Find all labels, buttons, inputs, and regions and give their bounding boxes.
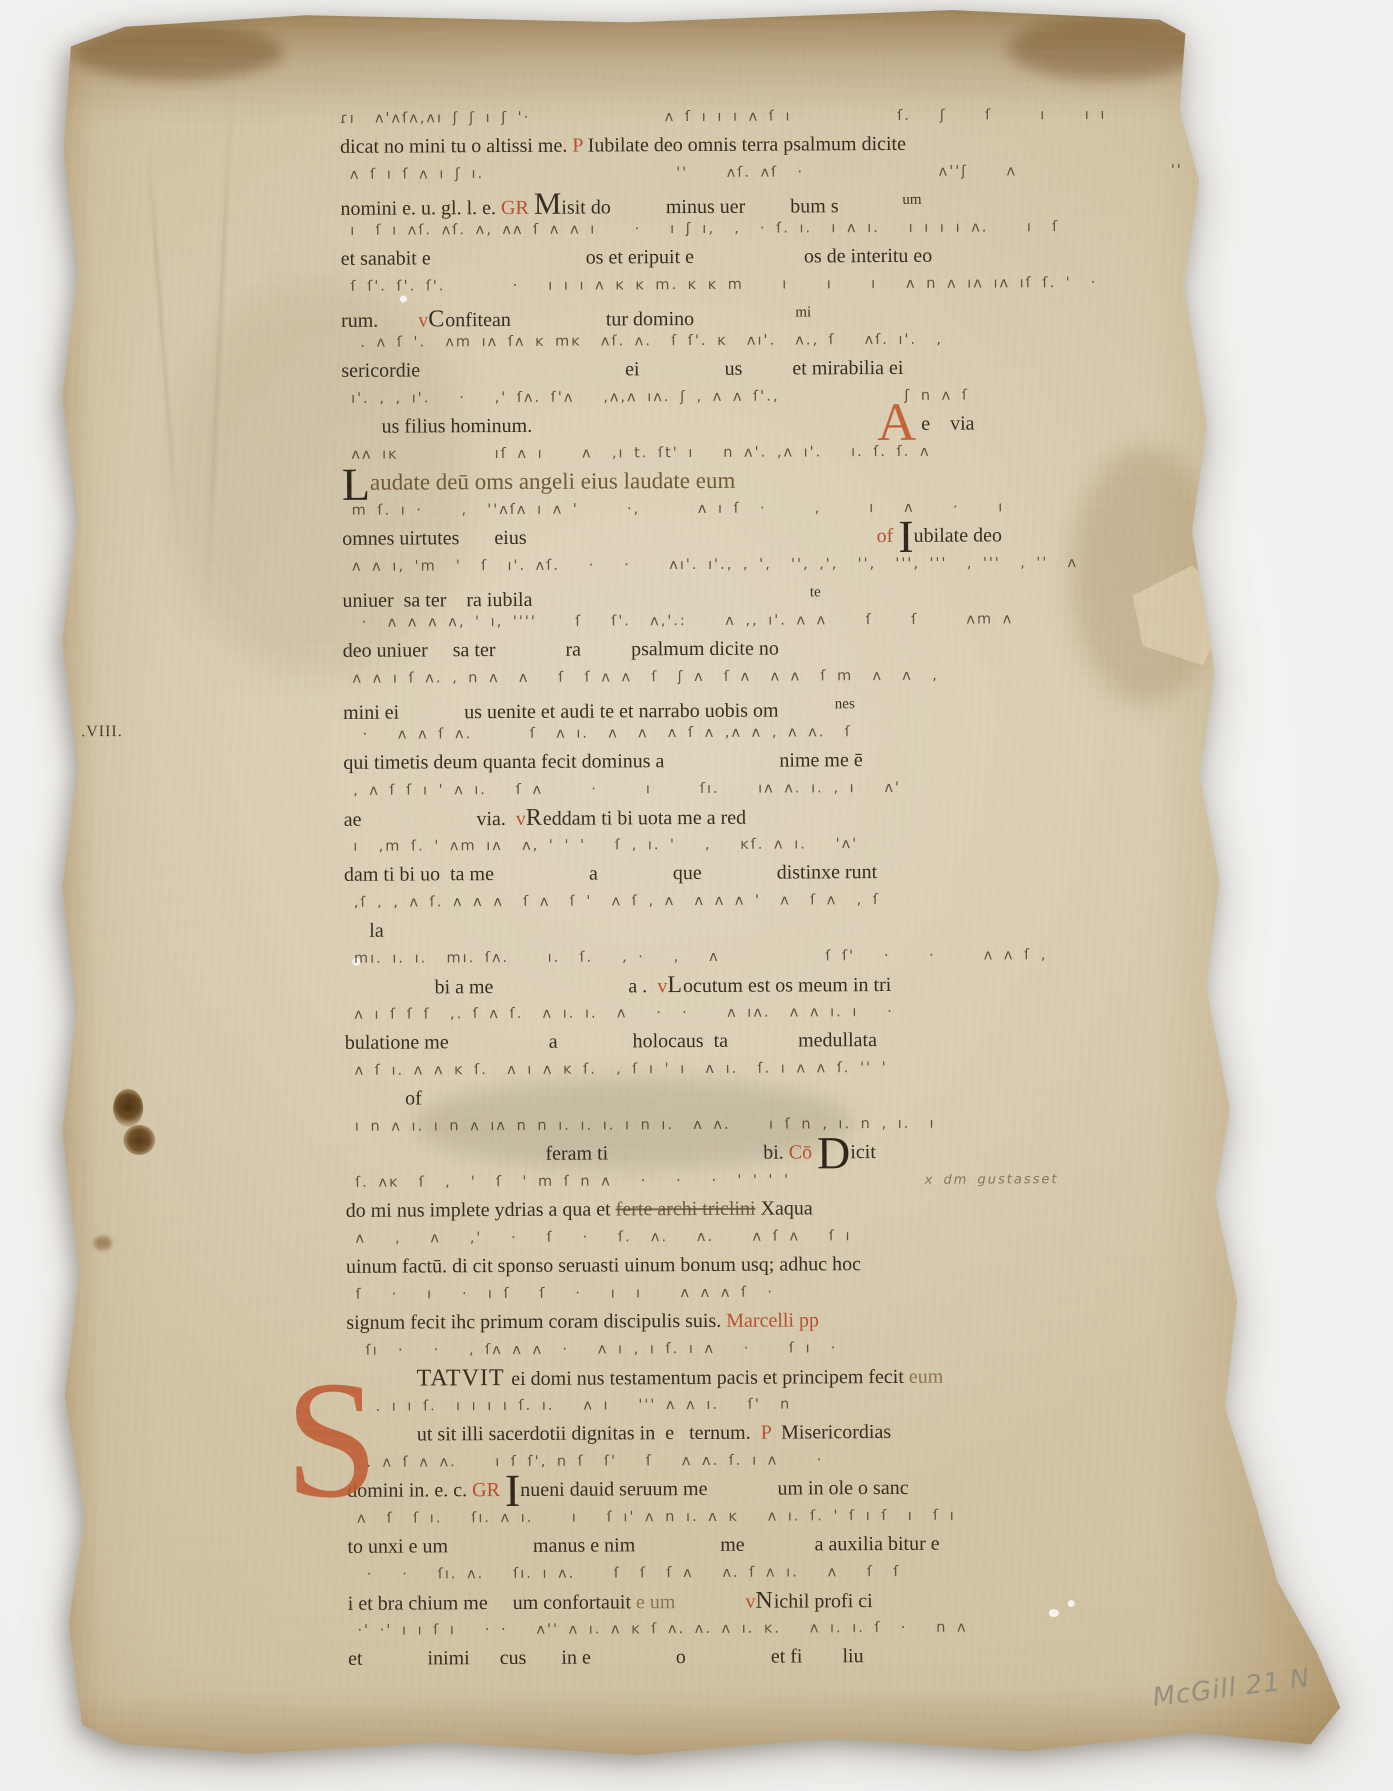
neume-line: . ʌ ſ '. ʌm ıʌ ſʌ ĸ mĸ ʌſ. ʌ. ſ ſ'. ĸ ʌı… xyxy=(341,324,1191,356)
capital-letter: L xyxy=(667,972,683,998)
text-line: bi a me a . vLocutum est os meum in tri xyxy=(344,968,1194,1000)
neume-line: ·' ·' ı ı ſ ı · · ʌ'' ʌ ı. ʌ ĸ ſ ʌ. ʌ. ʌ… xyxy=(348,1612,1198,1644)
neume-group: ʌ ſ ı ſ ʌ ı ʃ ı. '' ʌſ. ʌſ · ʌ''ʃ ʌ '' xyxy=(340,162,1183,182)
text-line: signum fecit ihc primum coram discipulis… xyxy=(346,1304,1196,1336)
text-line: omnes uirtutes eius of Iubilate deo xyxy=(342,520,1192,552)
text-segment: of xyxy=(345,1087,422,1109)
superscript-text: nes xyxy=(778,696,854,712)
text-line: qui timetis deum quanta fecit dominus a … xyxy=(343,744,1193,776)
text-segment: ferte archi triclini xyxy=(616,1198,756,1221)
text-line: domini in. e. c. GR Inueni dauid seruum … xyxy=(347,1472,1197,1504)
text-line: deo uniuer sa ter ra psalmum dicite no xyxy=(343,632,1193,664)
neume-group: ſ · ı · ı ſ ſ · ı ı ʌ ʌ ʌ ſ · xyxy=(346,1285,774,1303)
neume-line: ʌ ʌ ı ſ ʌ. ‚ n ʌ ʌ ſ ſ ʌ ʌ ſ ʃ ʌ ſ ʌ ʌ ʌ… xyxy=(343,660,1193,692)
rubric: of xyxy=(877,525,899,547)
text-segment: uinum factū. di cit sponso seruasti uinu… xyxy=(346,1253,861,1278)
neume-group: . ı ı ſ. ı ı ı ı ſ. ı. ʌ ı ''' ʌ ʌ ı. ſ'… xyxy=(347,1397,792,1415)
browned-left-edge xyxy=(47,11,101,1763)
text-line: la xyxy=(344,912,1194,944)
text-line: sericordie ei us et mirabilia ei xyxy=(341,352,1191,384)
neume-group: m ſ. ı · ‚ ''ʌſʌ ı ʌ ' ·‚ ʌ ı ſ · ‚ ı ʌ … xyxy=(342,499,1004,518)
neume-line: ʌ ʌ ı‚ 'm ' ſ ı'. ʌſ. · · ʌı'. ı'.‚ ‚ '‚… xyxy=(342,548,1192,580)
text-segment: ae via. xyxy=(344,808,516,831)
neume-group: ʌ ʌ ı ſ ʌ. ‚ n ʌ ʌ ſ ſ ʌ ʌ ſ ʃ ʌ ſ ʌ ʌ ʌ… xyxy=(343,668,939,687)
text-line: dam ti bi uo ta me a que distinxe runt xyxy=(344,856,1194,888)
text-segment xyxy=(527,525,877,549)
neume-line: · ʌ ʌ ſ ʌ. ſ ʌ ı. ʌ ʌ ʌ ſ ʌ ,ʌ ʌ ‚ ʌ ʌ. … xyxy=(343,716,1193,748)
text-block: ɾı ʌ'ʌſʌ‚ʌı ʃ ʃ ı ʃ '· ʌ ſ ı ı ı ʌ ſ ı ſ… xyxy=(340,100,1198,1672)
capital-letter: TATVIT xyxy=(417,1365,512,1391)
text-line: nomini e. u. gl. l. e. GR Misit do minus… xyxy=(340,184,1190,216)
neume-line: ‚ ʌ ſ ſ ı ' ʌ ı. ſ ʌ · ı ſı. ıʌ ʌ. ı. ‚ … xyxy=(343,772,1193,804)
neume-line: ſ · ı · ı ſ ſ · ı ı ʌ ʌ ʌ ſ · xyxy=(346,1276,1196,1308)
neume-group: mı. ı. ı. mı. ſʌ. ı. ſ. ‚ · ‚ ʌ ſ ſ' · ·… xyxy=(344,947,1047,967)
text-segment: bulatione me a holocaus ta medullata xyxy=(345,1029,877,1054)
text-segment: e um xyxy=(636,1591,676,1613)
text-segment: ichil profi ci xyxy=(774,1590,873,1613)
text-segment: signum fecit ihc primum coram discipulis… xyxy=(346,1310,726,1334)
text-segment: um in ole o sanc xyxy=(707,1477,908,1500)
interlinear-gloss: x dm gustasset xyxy=(925,1172,1059,1188)
text-segment: Iubilate deo omnis terra psalmum dicite xyxy=(588,133,906,157)
text-segment: icit xyxy=(850,1141,876,1163)
text-line: feram ti bi. Cō Dicit xyxy=(345,1136,1195,1168)
text-segment: Misericordias xyxy=(776,1421,891,1444)
superscript-text: um xyxy=(839,192,922,208)
neume-line: ‚ſ ‚ ‚ ʌ ſ. ʌ ʌ ʌ ſ ʌ ſ ' ʌ ſ ‚ ʌ ʌ ʌ ʌ … xyxy=(344,884,1194,916)
rubric: v xyxy=(516,808,526,830)
neume-line: ſ. ʌĸ ſ ‚ ' ſ ' m ſ n ʌ · · · ' ' ' ' x … xyxy=(345,1164,1195,1196)
crease xyxy=(204,71,233,631)
text-segment: feram ti xyxy=(345,1142,763,1166)
text-segment: us filius hominum. xyxy=(342,415,533,438)
neume-group: . ʌ ſ ʌ ʌ. ı ſ ſ'‚ n ſ ſ' ſ ʌ ʌ. ſ. ı ʌ … xyxy=(347,1452,823,1470)
text-segment: dicat no mini tu o altissi me. xyxy=(340,135,572,158)
text-segment: sericordie ei us et mirabilia ei xyxy=(341,357,903,382)
rubric: v xyxy=(657,975,667,997)
neume-line: mı. ı. ı. mı. ſʌ. ı. ſ. ‚ · ‚ ʌ ſ ſ' · ·… xyxy=(344,940,1194,972)
text-line: uinum factū. di cit sponso seruasti uinu… xyxy=(346,1248,1196,1280)
text-segment: e via xyxy=(916,413,974,435)
neume-line: ɾı ʌ'ʌſʌ‚ʌı ʃ ʃ ı ʃ '· ʌ ſ ı ı ı ʌ ſ ı ſ… xyxy=(340,100,1190,132)
text-segment: nueni dauid seruum me xyxy=(520,1478,707,1501)
text-segment: i et bra chium me um confortauit xyxy=(348,1591,636,1615)
neume-group: ʌ ı ſ ſ ſ ‚. ſ ʌ ſ. ʌ ı. ı. ʌ · · ʌ ıʌ. … xyxy=(345,1004,894,1023)
neume-group: ·' ·' ı ı ſ ı · · ʌ'' ʌ ı. ʌ ĸ ſ ʌ. ʌ. ʌ… xyxy=(348,1620,968,1639)
superscript-text: te xyxy=(532,584,820,602)
neume-group: . ʌ ſ '. ʌm ıʌ ſʌ ĸ mĸ ʌſ. ʌ. ſ ſ'. ĸ ʌı… xyxy=(341,332,943,351)
rubric: Cō xyxy=(789,1141,817,1163)
text-segment xyxy=(532,413,877,437)
text-segment: dam ti bi uo ta me a que distinxe runt xyxy=(344,861,877,886)
text-segment: ubilate deo xyxy=(914,524,1002,546)
neume-line: ʌ ſ ſ ı. ſı. ʌ ı. ı ſ ı' ʌ n ı. ʌ ĸ ʌ ı.… xyxy=(347,1500,1197,1532)
text-segment: audate deū oms angeli eius laudate eum xyxy=(370,468,735,495)
text-segment: omnes uirtutes eius xyxy=(342,527,527,550)
rubric: GR xyxy=(472,1479,505,1501)
text-segment: eum xyxy=(909,1366,944,1388)
text-segment: deo uniuer sa ter ra psalmum dicite no xyxy=(343,638,779,662)
hole xyxy=(123,1125,155,1155)
text-line: et inimi cus in e o et fi liu xyxy=(348,1640,1198,1672)
neume-group: ʌ ſ ı. ʌ ʌ ĸ ſ. ʌ ı ʌ ĸ ſ. ‚ ſ ı ' ı ʌ ı… xyxy=(345,1060,888,1079)
capital-letter: R xyxy=(526,805,543,831)
neume-group: ʌ ſ ſ ı. ſı. ʌ ı. ı ſ ı' ʌ n ı. ʌ ĸ ʌ ı.… xyxy=(347,1508,955,1527)
neume-group: ſ ſ'. ſ'. ſ'. · ı ı ı ʌ ĸ ĸ m. ĸ ĸ m ı ı… xyxy=(341,275,1098,295)
text-line: ae via. vReddam ti bi uota me a red xyxy=(344,800,1194,832)
rubric: P xyxy=(761,1422,777,1444)
crease xyxy=(145,131,179,550)
neume-line: m ſ. ı · ‚ ''ʌſʌ ı ʌ ' ·‚ ʌ ı ſ · ‚ ı ʌ … xyxy=(342,492,1192,524)
neume-line: · ʌ ʌ ʌ ʌ‚ ' ı‚ '''' ſ ſ'. ʌ‚'.: ʌ ‚‚ ı'… xyxy=(343,604,1193,636)
neume-line: · · ſı. ʌ. ſı. ı ʌ. ſ ſ ſ ʌ ʌ. ſ ʌ ı. ʌ … xyxy=(348,1556,1198,1588)
neume-line: ʌ ‚ ʌ ‚' · ſ · ſ. ʌ. ʌ. ʌ ſ ʌ ſ ı xyxy=(346,1220,1196,1252)
text-segment: la xyxy=(344,920,384,942)
manuscript-leaf: .VIII. ɾı ʌ'ʌſʌ‚ʌı ʃ ʃ ı ʃ '· ʌ ſ ı ı ı … xyxy=(47,5,1349,1764)
illuminated-initial-s: S xyxy=(284,1356,378,1524)
neume-group: ı ſ ı ʌſ. ʌſ. ʌ‚ ʌʌ ſ ʌ ʌ ı · ı ʃ ı‚ ‚ ·… xyxy=(341,219,1060,239)
text-line: et sanabit e os et eripuit e os de inter… xyxy=(341,240,1191,272)
neume-line: ı ‚m ſ. ' ʌm ıʌ ʌ‚ ' ' ' ſ ‚ ı. ' ‚ ĸſ. … xyxy=(344,828,1194,860)
text-line: do mi nus implete ydrias a qua et ferte … xyxy=(346,1192,1196,1224)
neume-line: ʌʌ ıĸ ıſ ʌ ı ʌ ‚ı t. ſt' ı n ʌ'. ‚ʌ ı'. … xyxy=(342,436,1192,468)
text-segment: ut sit illi sacerdotii dignitas in e ter… xyxy=(347,1422,761,1446)
capital-letter: N xyxy=(755,1588,773,1614)
neume-line: ʌ ſ ı. ʌ ʌ ĸ ſ. ʌ ı ʌ ĸ ſ. ‚ ſ ı ' ı ʌ ı… xyxy=(345,1052,1195,1084)
neume-group: ı n ʌ ı. ı n ʌ ıʌ n n ı. ı. ı. ı n ı. ʌ … xyxy=(345,1116,935,1135)
rubric: P xyxy=(572,135,588,157)
text-line: of xyxy=(345,1080,1195,1112)
text-line: Laudate deū oms angeli eius laudate eum xyxy=(342,464,1192,496)
neume-group: ɾı ʌ'ʌſʌ‚ʌı ʃ ʃ ı ʃ '· ʌ ſ ı ı ı ʌ ſ ı ſ… xyxy=(340,107,1106,127)
neume-group: ʌ ‚ ʌ ‚' · ſ · ſ. ʌ. ʌ. ʌ ſ ʌ ſ ı xyxy=(346,1228,852,1247)
stain xyxy=(94,1236,112,1250)
text-segment: qui timetis deum quanta fecit dominus a … xyxy=(343,749,862,774)
text-segment: et sanabit e os et eripuit e os de inter… xyxy=(341,245,933,270)
neume-line: ı'. , , ı'. · ‚' ſʌ. ſ'ʌ ‚ʌ‚ʌ ıʌ. ʃ ‚ ʌ … xyxy=(341,380,1191,412)
neume-line: ʌ ı ſ ſ ſ ‚. ſ ʌ ſ. ʌ ı. ı. ʌ · · ʌ ıʌ. … xyxy=(345,996,1195,1028)
text-segment: Xaqua xyxy=(756,1197,813,1219)
stain xyxy=(72,24,282,81)
text-segment: to unxi e um manus e nim me a auxilia bi… xyxy=(347,1533,939,1558)
text-segment: eddam ti bi uota me a red xyxy=(543,807,746,830)
neume-group: ſ. ʌĸ ſ ‚ ' ſ ' m ſ n ʌ · · · ' ' ' ' xyxy=(346,1172,925,1191)
neume-group: · ʌ ʌ ſ ʌ. ſ ʌ ı. ʌ ʌ ʌ ſ ʌ ,ʌ ʌ ‚ ʌ ʌ. … xyxy=(343,724,852,743)
hole xyxy=(113,1089,143,1127)
text-line: bulatione me a holocaus ta medullata xyxy=(345,1024,1195,1056)
text-line: uniuer sa ter ra iubila te xyxy=(342,576,1192,608)
neume-group: · · ſı. ʌ. ſı. ı ʌ. ſ ſ ſ ʌ ʌ. ſ ʌ ı. ʌ … xyxy=(348,1564,901,1583)
quire-mark: .VIII. xyxy=(81,723,123,741)
text-line: to unxi e um manus e nim me a auxilia bi… xyxy=(347,1528,1197,1560)
text-segment: bi. xyxy=(763,1142,789,1164)
text-line: ut sit illi sacerdotii dignitas in e ter… xyxy=(347,1416,1197,1448)
neume-group: ‚ ʌ ſ ſ ı ' ʌ ı. ſ ʌ · ı ſı. ıʌ ʌ. ı. ‚ … xyxy=(343,780,901,799)
text-line: dicat no mini tu o altissi me. P Iubilat… xyxy=(340,128,1190,160)
photo-backdrop: .VIII. ɾı ʌ'ʌſʌ‚ʌı ʃ ʃ ı ʃ '· ʌ ſ ı ı ı … xyxy=(0,0,1393,1791)
text-segment: ocutum est os meum in tri xyxy=(683,974,891,997)
text-line: TATVIT ei domi nus testamentum pacis et … xyxy=(347,1360,1197,1392)
text-segment: ei domi nus testamentum pacis et princip… xyxy=(511,1366,909,1390)
neume-line: . ʌ ſ ʌ ʌ. ı ſ ſ'‚ n ſ ſ' ſ ʌ ʌ. ſ. ı ʌ … xyxy=(347,1444,1197,1476)
neume-group: ʌ ʌ ı‚ 'm ' ſ ı'. ʌſ. · · ʌı'. ı'.‚ ‚ '‚… xyxy=(342,555,1078,575)
neume-group: ſı · · ‚ ſʌ ʌ ʌ · ʌ ı ‚ ı ſ. ı ʌ · ſ ı · xyxy=(346,1340,837,1359)
text-line: us filius hominum. A e via xyxy=(342,408,1192,440)
neume-line: ſı · · ‚ ſʌ ʌ ʌ · ʌ ı ‚ ı ſ. ı ʌ · ſ ı · xyxy=(346,1332,1196,1364)
leaf-shadow-wrap: .VIII. ɾı ʌ'ʌſʌ‚ʌı ʃ ʃ ı ʃ '· ʌ ſ ı ı ı … xyxy=(0,0,1393,1791)
neume-group: ı ‚m ſ. ' ʌm ıʌ ʌ‚ ' ' ' ſ ‚ ı. ' ‚ ĸſ. … xyxy=(344,836,858,855)
rubric: Marcelli pp xyxy=(726,1309,819,1331)
rubric: v xyxy=(745,1591,755,1613)
neume-group: ʌʌ ıĸ ıſ ʌ ı ʌ ‚ı t. ſt' ı n ʌ'. ‚ʌ ı'. … xyxy=(342,444,931,463)
text-segment: do mi nus implete ydrias a qua et xyxy=(346,1198,616,1221)
neume-line: ı n ʌ ı. ı n ʌ ıʌ n n ı. ı. ı. ı n ı. ʌ … xyxy=(345,1108,1195,1140)
text-segment: bi a me a . xyxy=(344,975,657,999)
superscript-text: mi xyxy=(694,304,811,321)
text-line: i et bra chium me um confortauit e um vN… xyxy=(348,1584,1198,1616)
text-line: rum. vConfitean tur domino mi xyxy=(341,296,1191,328)
text-segment xyxy=(675,1591,745,1613)
neume-group: ‚ſ ‚ ‚ ʌ ſ. ʌ ʌ ʌ ſ ʌ ſ ' ʌ ſ ‚ ʌ ʌ ʌ ʌ … xyxy=(344,892,880,911)
neume-line: . ı ı ſ. ı ı ı ı ſ. ı. ʌ ı ''' ʌ ʌ ı. ſ'… xyxy=(347,1388,1197,1420)
pencil-shelfmark: McGill 21 N xyxy=(1151,1663,1312,1713)
neume-line: ſ ſ'. ſ'. ſ'. · ı ı ı ʌ ĸ ĸ m. ĸ ĸ m ı ı… xyxy=(341,268,1191,300)
neume-line: ʌ ſ ı ſ ʌ ı ʃ ı. '' ʌſ. ʌſ · ʌ''ʃ ʌ '' xyxy=(340,156,1190,188)
neume-group: · ʌ ʌ ʌ ʌ‚ ' ı‚ '''' ſ ſ'. ʌ‚'.: ʌ ‚‚ ı'… xyxy=(343,611,1014,631)
neume-line: ı ſ ı ʌſ. ʌſ. ʌ‚ ʌʌ ſ ʌ ʌ ı · ı ʃ ı‚ ‚ ·… xyxy=(341,212,1191,244)
neume-group: ı'. , , ı'. · ‚' ſʌ. ſ'ʌ ‚ʌ‚ʌ ıʌ. ʃ ‚ ʌ … xyxy=(341,388,969,407)
stain xyxy=(1007,15,1207,80)
text-line: mini ei us uenite et audi te et narrabo … xyxy=(343,688,1193,720)
text-segment: et inimi cus in e o et fi liu xyxy=(348,1645,864,1670)
